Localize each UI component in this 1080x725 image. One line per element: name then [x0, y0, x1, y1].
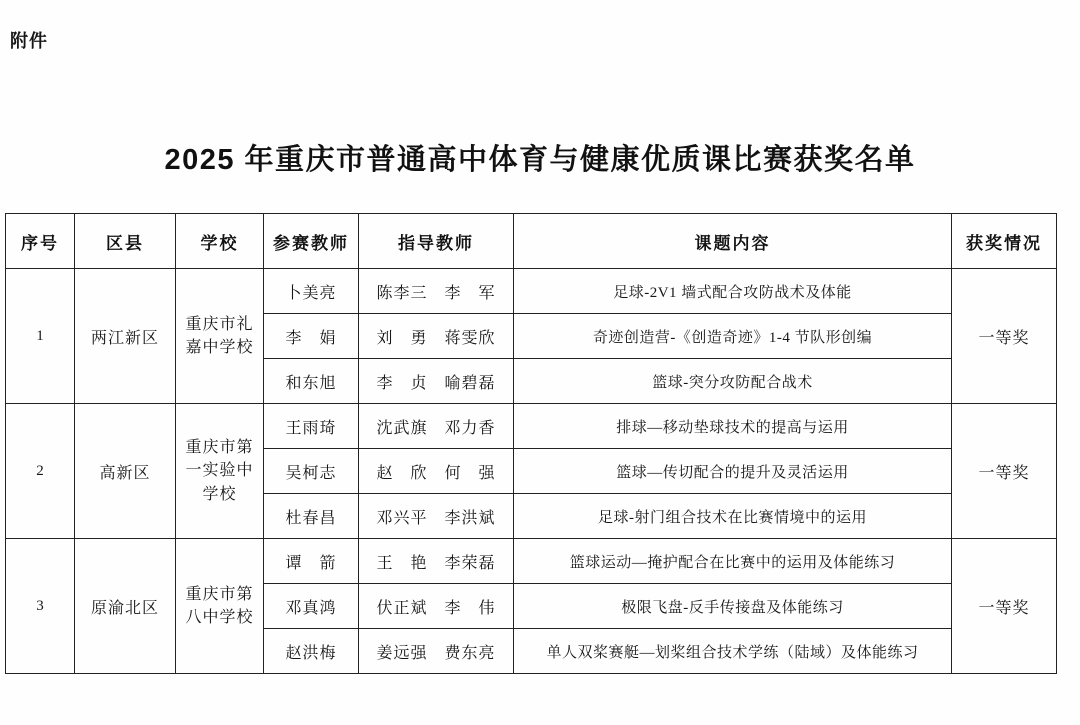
cell-topic: 排球—移动垫球技术的提高与运用	[514, 404, 952, 449]
cell-topic: 极限飞盘-反手传接盘及体能练习	[514, 584, 952, 629]
cell-school: 重庆市第八中学校	[176, 539, 264, 674]
cell-group-no: 3	[6, 539, 75, 674]
cell-group-no: 2	[6, 404, 75, 539]
table-row: 3 原渝北区 重庆市第八中学校 谭 箭 王 艳 李荣磊 篮球运动—掩护配合在比赛…	[6, 539, 1057, 584]
col-header-award: 获奖情况	[952, 214, 1057, 269]
table-header-row: 序号 区县 学校 参赛教师 指导教师 课题内容 获奖情况	[6, 214, 1057, 269]
cell-advisors: 邓兴平 李洪斌	[359, 494, 514, 539]
attachment-label: 附件	[10, 27, 48, 53]
cell-teacher: 卜美亮	[264, 269, 359, 314]
cell-teacher: 吴柯志	[264, 449, 359, 494]
cell-group-no: 1	[6, 269, 75, 404]
cell-advisors: 刘 勇 蒋雯欣	[359, 314, 514, 359]
cell-advisors: 李 贞 喻碧磊	[359, 359, 514, 404]
cell-district: 两江新区	[75, 269, 176, 404]
col-header-advisors: 指导教师	[359, 214, 514, 269]
col-header-no: 序号	[6, 214, 75, 269]
cell-topic: 篮球-突分攻防配合战术	[514, 359, 952, 404]
cell-teacher: 和东旭	[264, 359, 359, 404]
page-title: 2025 年重庆市普通高中体育与健康优质课比赛获奖名单	[0, 137, 1080, 178]
cell-award: 一等奖	[952, 404, 1057, 539]
cell-topic: 单人双桨赛艇—划桨组合技术学练（陆域）及体能练习	[514, 629, 952, 674]
cell-district: 原渝北区	[75, 539, 176, 674]
cell-advisors: 伏正斌 李 伟	[359, 584, 514, 629]
document-page: 附件 2025 年重庆市普通高中体育与健康优质课比赛获奖名单 序号 区县 学校 …	[0, 0, 1080, 725]
col-header-school: 学校	[176, 214, 264, 269]
cell-award: 一等奖	[952, 269, 1057, 404]
col-header-district: 区县	[75, 214, 176, 269]
cell-advisors: 赵 欣 何 强	[359, 449, 514, 494]
cell-teacher: 李 娟	[264, 314, 359, 359]
cell-teacher: 王雨琦	[264, 404, 359, 449]
cell-topic: 足球-2V1 墙式配合攻防战术及体能	[514, 269, 952, 314]
cell-district: 高新区	[75, 404, 176, 539]
cell-school: 重庆市礼嘉中学校	[176, 269, 264, 404]
cell-advisors: 王 艳 李荣磊	[359, 539, 514, 584]
cell-advisors: 陈李三 李 军	[359, 269, 514, 314]
cell-teacher: 赵洪梅	[264, 629, 359, 674]
cell-teacher: 谭 箭	[264, 539, 359, 584]
cell-school: 重庆市第一实验中学校	[176, 404, 264, 539]
cell-teacher: 杜春昌	[264, 494, 359, 539]
cell-advisors: 姜远强 费东亮	[359, 629, 514, 674]
cell-topic: 足球-射门组合技术在比赛情境中的运用	[514, 494, 952, 539]
table-row: 1 两江新区 重庆市礼嘉中学校 卜美亮 陈李三 李 军 足球-2V1 墙式配合攻…	[6, 269, 1057, 314]
col-header-topic: 课题内容	[514, 214, 952, 269]
cell-topic: 奇迹创造营-《创造奇迹》1-4 节队形创编	[514, 314, 952, 359]
award-table: 序号 区县 学校 参赛教师 指导教师 课题内容 获奖情况 1 两江新区 重庆市礼…	[5, 213, 1057, 674]
cell-award: 一等奖	[952, 539, 1057, 674]
col-header-teacher: 参赛教师	[264, 214, 359, 269]
cell-teacher: 邓真鸿	[264, 584, 359, 629]
cell-advisors: 沈武旗 邓力香	[359, 404, 514, 449]
table-row: 2 高新区 重庆市第一实验中学校 王雨琦 沈武旗 邓力香 排球—移动垫球技术的提…	[6, 404, 1057, 449]
cell-topic: 篮球运动—掩护配合在比赛中的运用及体能练习	[514, 539, 952, 584]
cell-topic: 篮球—传切配合的提升及灵活运用	[514, 449, 952, 494]
